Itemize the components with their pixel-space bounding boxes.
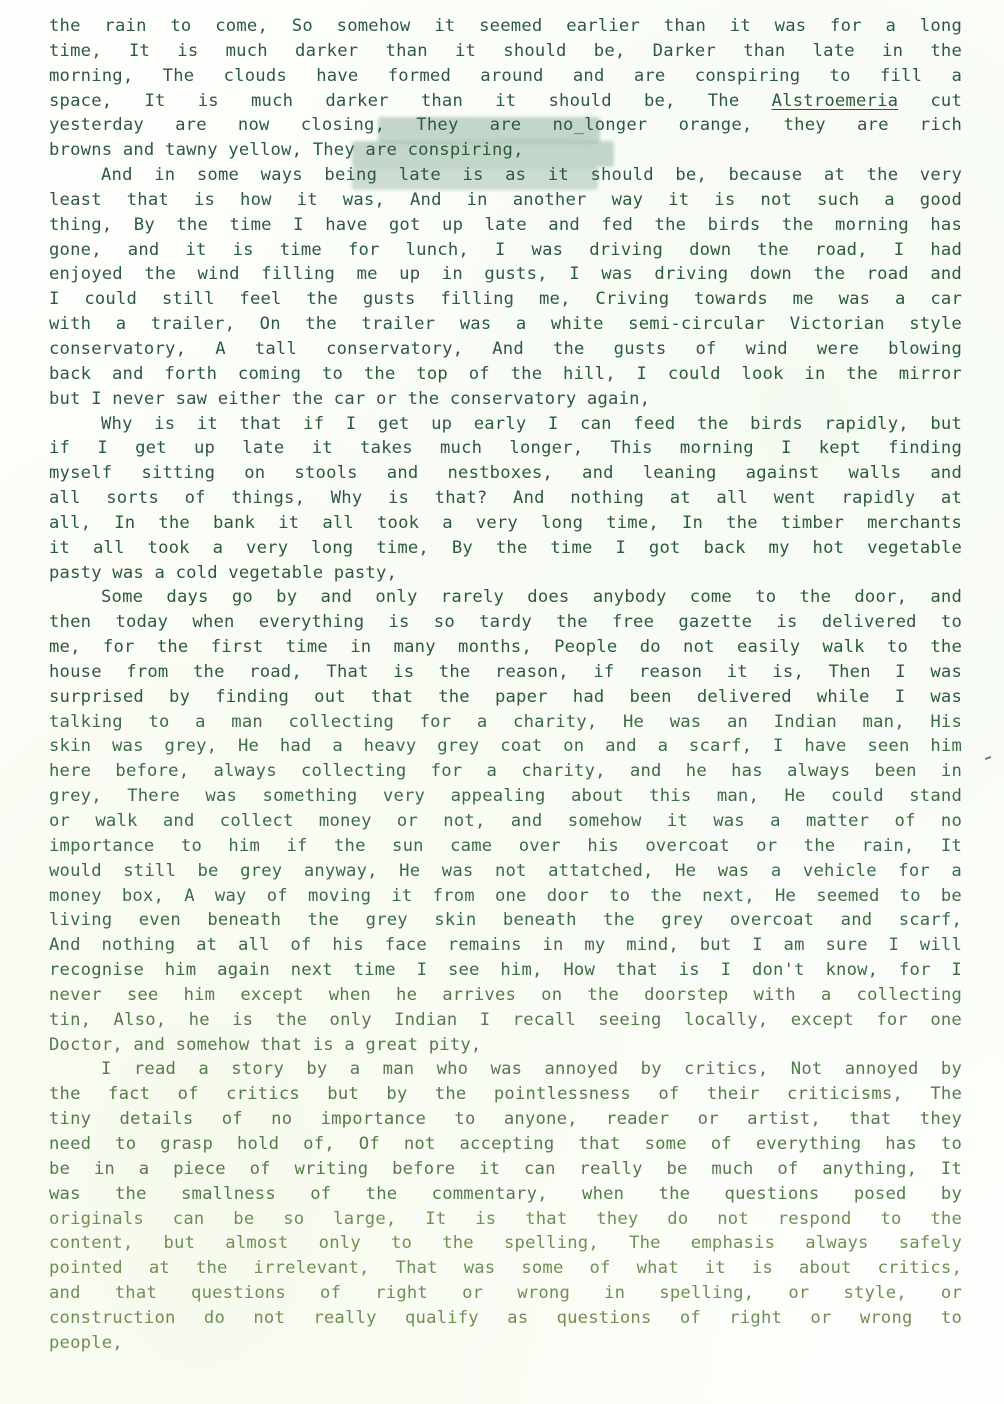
text-line: thing, By the time I have got up late an… (49, 213, 962, 238)
text-line: least that is how it was, And in another… (49, 188, 962, 213)
text-line: here before, always collecting for a cha… (49, 759, 962, 784)
text-line: pointed at the irrelevant, That was some… (49, 1256, 962, 1281)
text-line: the rain to come, So somehow it seemed e… (49, 14, 962, 39)
text-line: Why is it that if I get up early I can f… (49, 412, 962, 437)
text-line: yesterday are now closing, They are no_l… (49, 113, 962, 138)
text-line: grey, There was something very appealing… (49, 784, 962, 809)
text-line: I could still feel the gusts filling me,… (49, 287, 962, 312)
typewritten-text: the rain to come, So somehow it seemed e… (49, 14, 962, 1356)
text-line: me, for the first time in many months, P… (49, 635, 962, 660)
text-line: surprised by finding out that the paper … (49, 685, 962, 710)
text-line: people, (49, 1331, 962, 1356)
paragraph: the rain to come, So somehow it seemed e… (49, 14, 962, 163)
text-line: recognise him again next time I see him,… (49, 958, 962, 983)
text-line: And nothing at all of his face remains i… (49, 933, 962, 958)
text-line: tin, Also, he is the only Indian I recal… (49, 1008, 962, 1033)
text-line: morning, The clouds have formed around a… (49, 64, 962, 89)
text-line: time, It is much darker than it should b… (49, 39, 962, 64)
text-line: need to grasp hold of, Of not accepting … (49, 1132, 962, 1157)
text-line: never see him except when he arrives on … (49, 983, 962, 1008)
text-line: back and forth coming to the top of the … (49, 362, 962, 387)
text-line: be in a piece of writing before it can r… (49, 1157, 962, 1182)
text-line: it all took a very long time, By the tim… (49, 536, 962, 561)
text-line: enjoyed the wind filling me up in gusts,… (49, 262, 962, 287)
text-line: skin was grey, He had a heavy grey coat … (49, 734, 962, 759)
text-line: with a trailer, On the trailer was a whi… (49, 312, 962, 337)
text-line: space, It is much darker than it should … (49, 89, 962, 114)
text-line: house from the road, That is the reason,… (49, 660, 962, 685)
text-line: construction do not really qualify as qu… (49, 1306, 962, 1331)
paragraph: I read a story by a man who was annoyed … (49, 1057, 962, 1355)
text-line: all sorts of things, Why is that? And no… (49, 486, 962, 511)
text-line: money box, A way of moving it from one d… (49, 884, 962, 909)
text-line: and that questions of right or wrong in … (49, 1281, 962, 1306)
text-line: or walk and collect money or not, and so… (49, 809, 962, 834)
text-line: And in some ways being late is as it sho… (49, 163, 962, 188)
underlined-word: Alstroemeria (772, 91, 899, 111)
text-line: originals can be so large, It is that th… (49, 1207, 962, 1232)
text-line: pasty was a cold vegetable pasty, (49, 561, 962, 586)
text-line: I read a story by a man who was annoyed … (49, 1057, 962, 1082)
paragraph: Why is it that if I get up early I can f… (49, 412, 962, 586)
text-line: then today when everything is so tardy t… (49, 610, 962, 635)
text-line: myself sitting on stools and nestboxes, … (49, 461, 962, 486)
text-line: all, In the bank it all took a very long… (49, 511, 962, 536)
margin-pen-mark (985, 756, 991, 760)
text-line: if I get up late it takes much longer, T… (49, 436, 962, 461)
text-line: was the smallness of the commentary, whe… (49, 1182, 962, 1207)
text-line: content, but almost only to the spelling… (49, 1231, 962, 1256)
text-line: the fact of critics but by the pointless… (49, 1082, 962, 1107)
text-line: but I never saw either the car or the co… (49, 387, 962, 412)
text-line: tiny details of no importance to anyone,… (49, 1107, 962, 1132)
text-line: talking to a man collecting for a charit… (49, 710, 962, 735)
text-line: gone, and it is time for lunch, I was dr… (49, 238, 962, 263)
text-line: browns and tawny yellow, They are conspi… (49, 138, 962, 163)
paragraph: And in some ways being late is as it sho… (49, 163, 962, 411)
paragraph: Some days go by and only rarely does any… (49, 585, 962, 1057)
scanned-page: the rain to come, So somehow it seemed e… (0, 0, 1004, 1404)
text-line: Some days go by and only rarely does any… (49, 585, 962, 610)
text-line: Doctor, and somehow that is a great pity… (49, 1033, 962, 1058)
text-line: would still be grey anyway, He was not a… (49, 859, 962, 884)
text-line: importance to him if the sun came over h… (49, 834, 962, 859)
text-line: conservatory, A tall conservatory, And t… (49, 337, 962, 362)
text-line: living even beneath the grey skin beneat… (49, 908, 962, 933)
